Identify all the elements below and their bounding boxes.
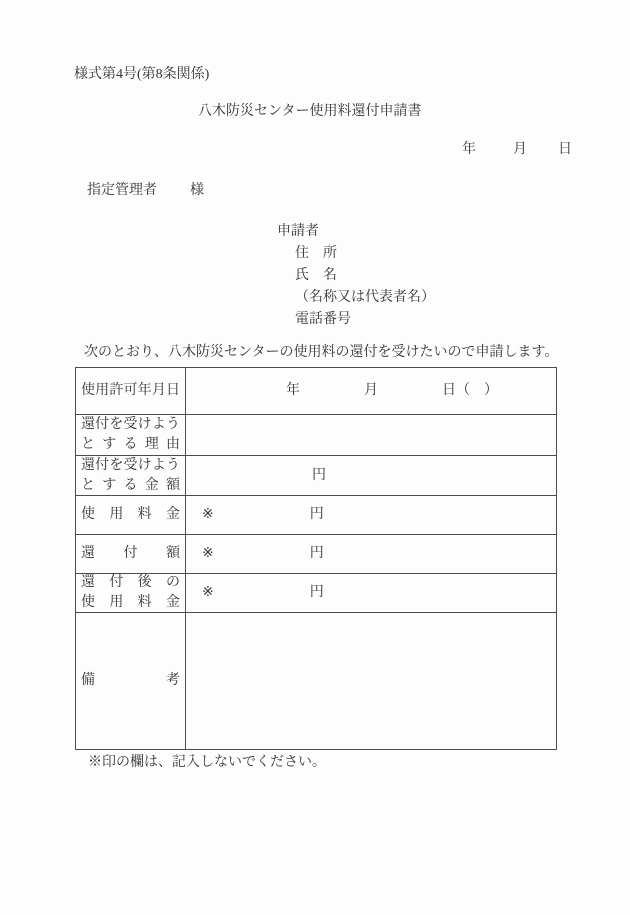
table-day-label: 日（ ） bbox=[442, 381, 498, 401]
row-label-usage-permission-date: 使用許可年月日 bbox=[76, 368, 186, 414]
yen-label: 円 bbox=[310, 583, 324, 603]
form-number: 様式第4号(第8条関係) bbox=[74, 65, 209, 85]
table-year-label: 年 bbox=[286, 381, 300, 401]
reference-mark: ※ bbox=[202, 544, 214, 564]
addressee-line: 指定管理者 様 bbox=[87, 181, 204, 201]
yen-label: 円 bbox=[310, 544, 324, 564]
row-label-usage-fee: 使用料金 bbox=[76, 495, 186, 534]
table-month-label: 月 bbox=[364, 381, 378, 401]
row-value-usage-permission-date: 年 月 日（ ） bbox=[186, 368, 556, 414]
refund-table: 使用許可年月日 年 月 日（ ） 還付を受けよう とする理由 還付を受けよう と… bbox=[75, 367, 557, 750]
applicant-name-note: （名称又は代表者名） bbox=[295, 287, 435, 309]
date-line: 年 月 日 bbox=[462, 140, 572, 160]
yen-label: 円 bbox=[310, 505, 324, 525]
row-label-remarks: 備考 bbox=[76, 612, 186, 749]
month-label: 月 bbox=[513, 140, 527, 160]
addressee-title: 指定管理者 bbox=[87, 181, 157, 201]
applicant-block: 申請者 住 所 氏 名 （名称又は代表者名） 電話番号 bbox=[277, 221, 435, 331]
day-label: 日 bbox=[558, 140, 572, 160]
row-label-refund-total: 還付額 bbox=[76, 534, 186, 573]
applicant-name-label: 氏 名 bbox=[295, 265, 435, 287]
row-value-refund-reason bbox=[186, 414, 556, 455]
reference-mark: ※ bbox=[202, 505, 214, 525]
row-label-refund-reason: 還付を受けよう とする理由 bbox=[76, 414, 186, 455]
applicant-phone-label: 電話番号 bbox=[295, 309, 435, 331]
row-label-fee-after-refund: 還付後の 使用料金 bbox=[76, 573, 186, 612]
intro-text: 次のとおり、八木防災センターの使用料の還付を受けたいので申請します。 bbox=[84, 343, 558, 363]
row-value-refund-amount: 円 bbox=[186, 455, 556, 495]
applicant-heading: 申請者 bbox=[277, 221, 435, 243]
row-label-refund-amount: 還付を受けよう とする金額 bbox=[76, 455, 186, 495]
row-value-fee-after-refund: ※ 円 bbox=[186, 573, 556, 612]
honorific-label: 様 bbox=[190, 181, 204, 201]
row-value-refund-total: ※ 円 bbox=[186, 534, 556, 573]
document-title: 八木防災センター使用料還付申請書 bbox=[198, 102, 421, 122]
row-value-remarks bbox=[186, 612, 556, 749]
row-value-usage-fee: ※ 円 bbox=[186, 495, 556, 534]
reference-mark: ※ bbox=[202, 583, 214, 603]
year-label: 年 bbox=[462, 140, 476, 160]
applicant-address-label: 住 所 bbox=[295, 243, 435, 265]
footnote-text: ※印の欄は、記入しないでください。 bbox=[88, 753, 326, 773]
document-page: 様式第4号(第8条関係) 八木防災センター使用料還付申請書 年 月 日 指定管理… bbox=[0, 0, 630, 915]
yen-label: 円 bbox=[312, 466, 326, 486]
